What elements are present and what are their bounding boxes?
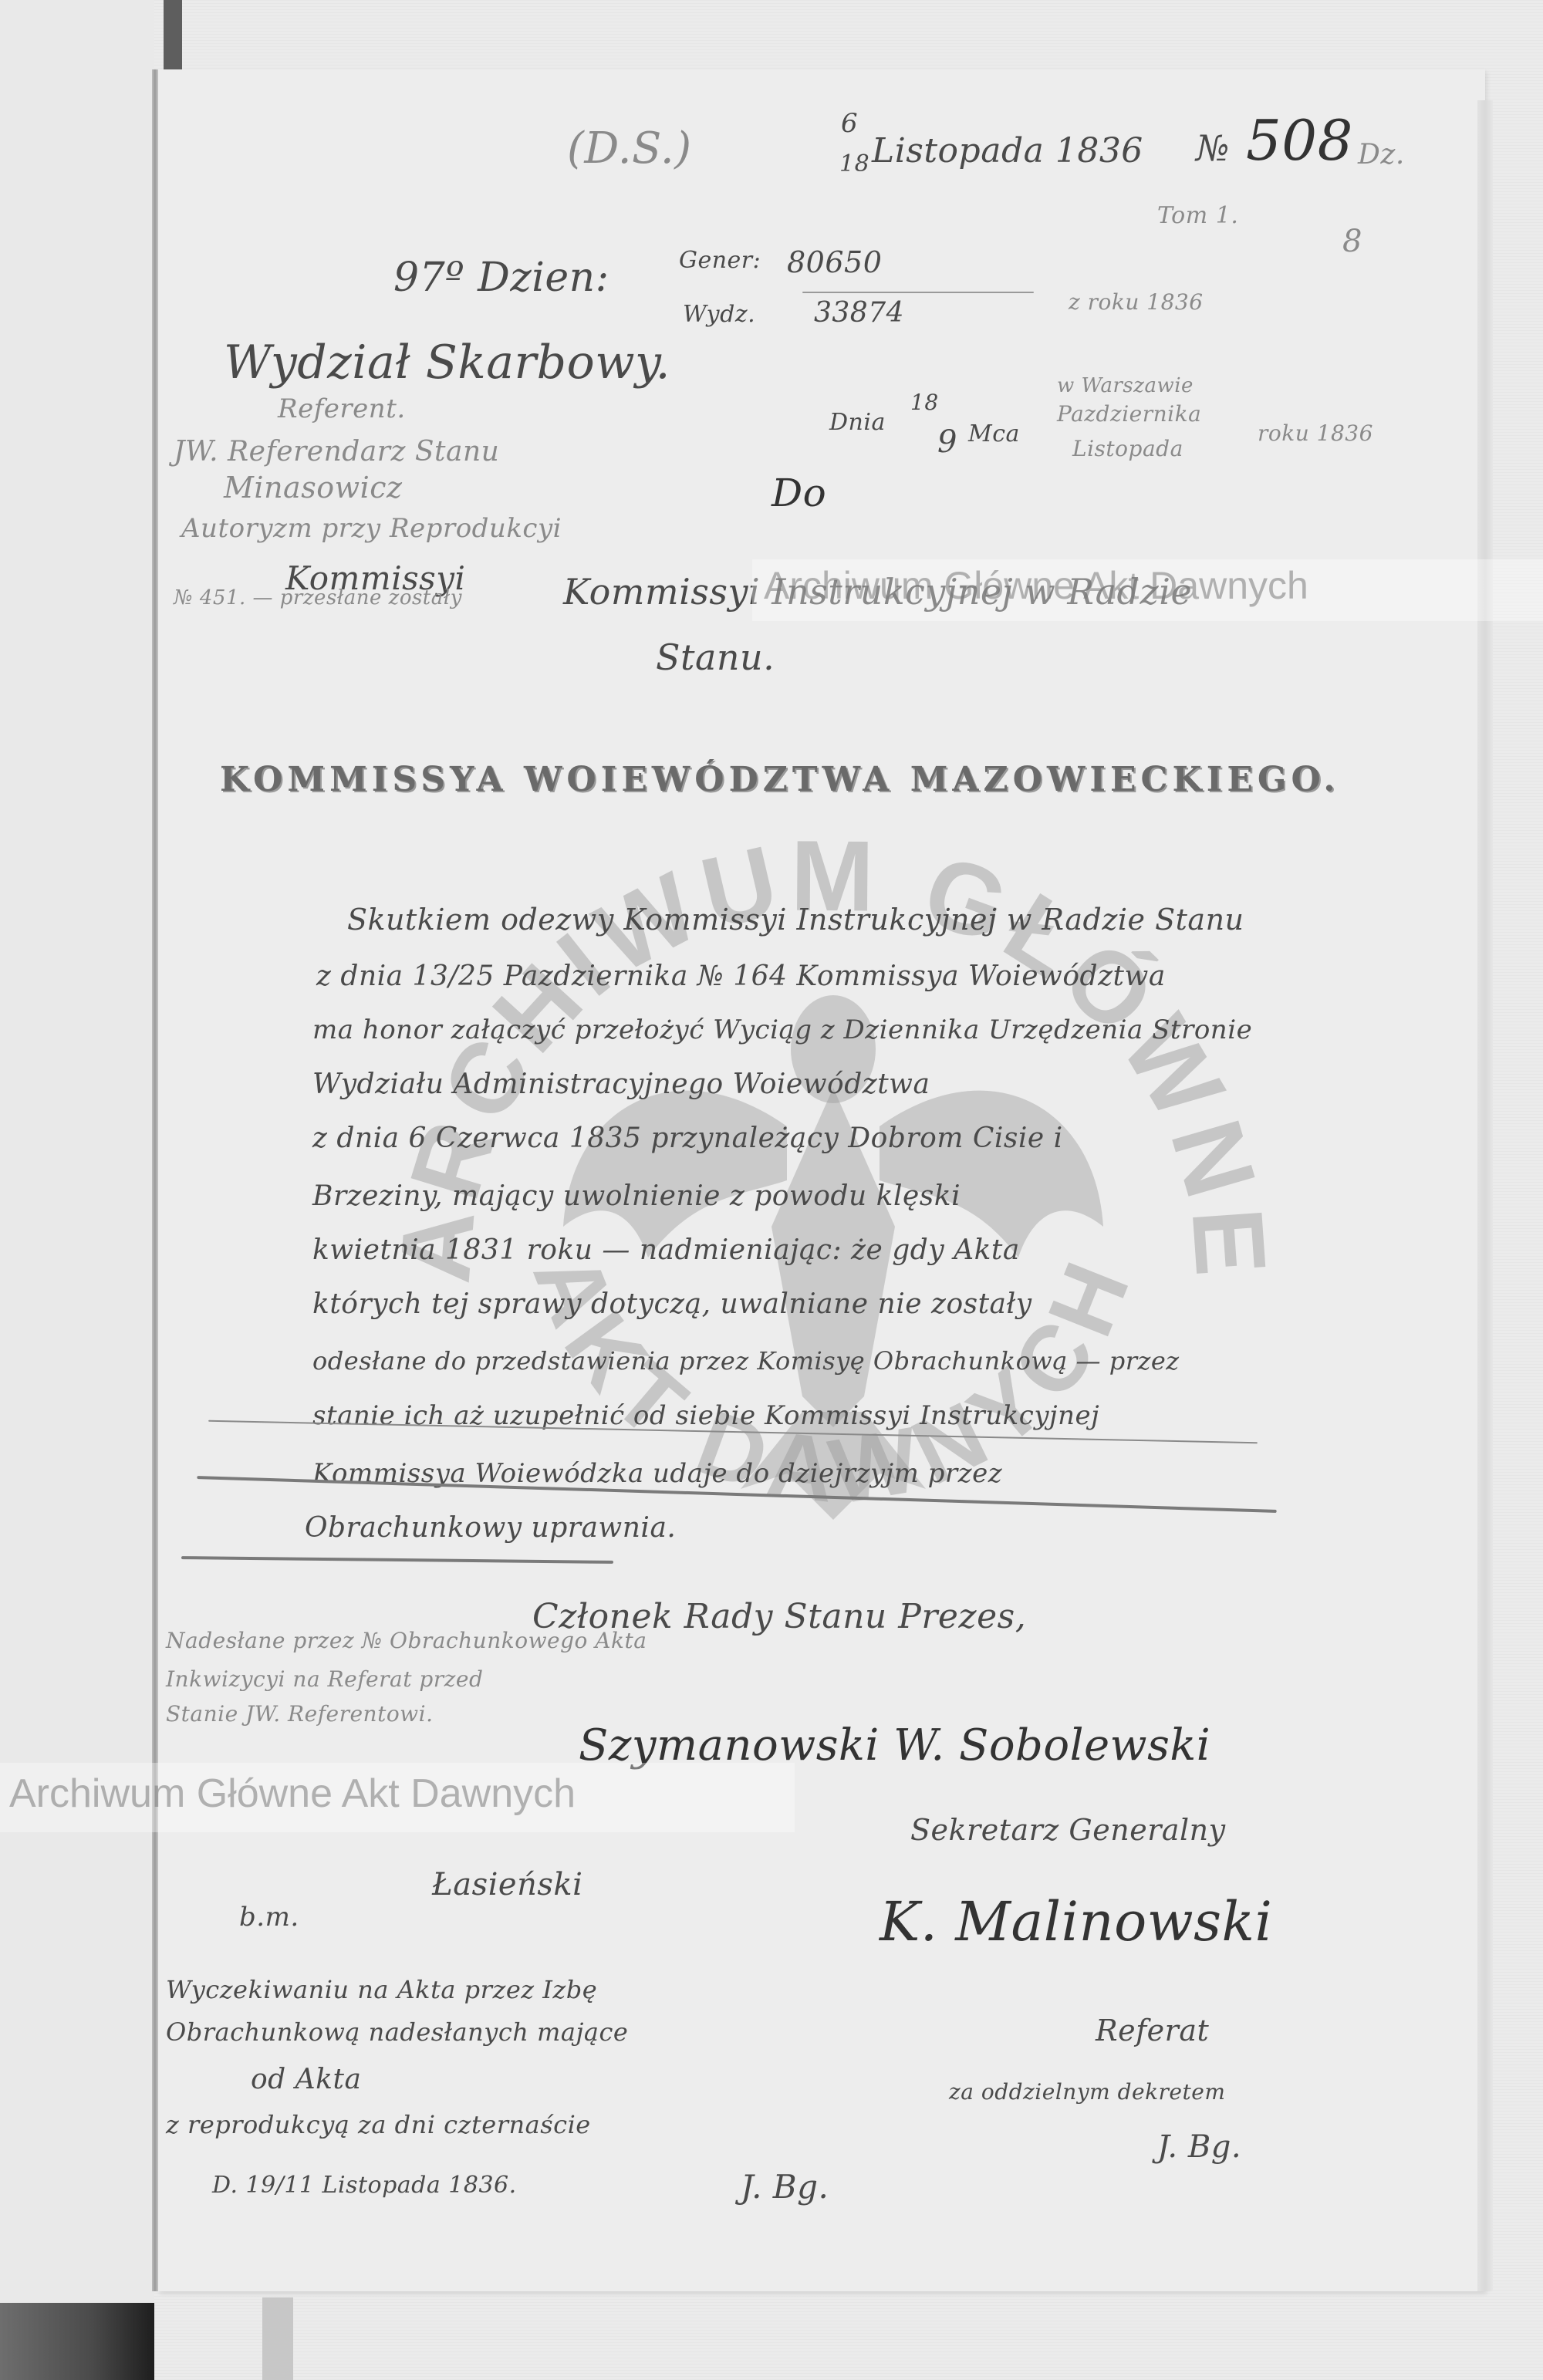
margin-number: № 451. — przesłane zostały bbox=[174, 586, 462, 609]
left-note-line: Nadesłane przez № Obrachunkowego Akta bbox=[166, 1628, 647, 1653]
page-number: 8 bbox=[1342, 224, 1362, 259]
referat-initials: J. Bg. bbox=[1157, 2129, 1241, 2165]
body-line: stanie ich aż uzupełnić od siebie Kommis… bbox=[312, 1400, 1099, 1431]
document-number: 508 bbox=[1246, 108, 1353, 173]
body-line: odesłane do przedstawienia przez Komisyę… bbox=[312, 1346, 1180, 1376]
watermark-banner: Archiwum Główne Akt Dawnych bbox=[764, 563, 1308, 608]
body-line: Brzeziny, mający uwolnienie z powodu klę… bbox=[312, 1180, 961, 1212]
left-note2-line: Obrachunkową nadesłanych mające bbox=[166, 2017, 628, 2047]
binding-edge bbox=[152, 69, 158, 2291]
referent-label: Referent. bbox=[278, 393, 406, 424]
body-line: z dnia 6 Czerwca 1835 przynależący Dobro… bbox=[312, 1122, 1063, 1154]
referat-note: za oddzielnym dekretem bbox=[949, 2079, 1225, 2105]
date-year: roku 1836 bbox=[1258, 420, 1373, 446]
header-suffix: Dz. bbox=[1358, 139, 1405, 170]
month-top: Pazdziernika bbox=[1057, 401, 1201, 427]
register-year: z roku 1836 bbox=[1069, 289, 1204, 315]
binding-shadow bbox=[0, 2303, 154, 2380]
left-note-line: Stanie JW. Referentowi. bbox=[166, 1701, 434, 1727]
body-line: z dnia 13/25 Pazdziernika № 164 Kommissy… bbox=[316, 960, 1166, 992]
bm-label: b.m. bbox=[239, 1902, 299, 1933]
tom-label: Tom 1. bbox=[1157, 202, 1238, 229]
left-note2-line: z reprodukcyą za dni czternaście bbox=[166, 2110, 591, 2139]
wydz-value: 33874 bbox=[814, 297, 904, 329]
header-day-top: 6 bbox=[841, 108, 858, 139]
body-line: Skutkiem odezwy Kommissyi Instrukcyjnej … bbox=[347, 903, 1244, 937]
mca-label: Mca bbox=[968, 420, 1020, 447]
left-note2-line: od Akta bbox=[251, 2064, 361, 2095]
gener-value: 80650 bbox=[787, 245, 882, 279]
secretary-title: Sekretarz Generalny bbox=[910, 1813, 1226, 1847]
dnia-label: Dnia bbox=[829, 409, 886, 436]
left-note2-line: Wyczekiwaniu na Akta przez Izbę bbox=[166, 1975, 597, 2004]
body-line: Obrachunkowy uprawnia. bbox=[305, 1512, 676, 1544]
referent-surname: Minasowicz bbox=[224, 471, 403, 505]
previous-page-leaf bbox=[0, 0, 154, 2303]
bottom-strip bbox=[262, 2297, 293, 2380]
body-line: ma honor załączyć przełożyć Wyciąg z Dzi… bbox=[312, 1014, 1252, 1045]
referent-name: JW. Referendarz Stanu bbox=[174, 436, 499, 468]
date-day-top: 18 bbox=[910, 390, 939, 415]
watermark-banner: Archiwum Główne Akt Dawnych bbox=[9, 1771, 576, 1817]
binding-tab bbox=[164, 0, 182, 69]
register-divider bbox=[802, 292, 1034, 293]
body-line: Wydziału Administracyjnego Woiewództwa bbox=[312, 1068, 930, 1100]
left-signature: Łasieński bbox=[432, 1867, 582, 1902]
closing-date: D. 19/11 Listopada 1836. bbox=[212, 2172, 517, 2199]
place-label: w Warszawie bbox=[1057, 374, 1194, 397]
wydzial-label: Wydział Skarbowy. bbox=[224, 336, 670, 390]
day-label: 97º Dzien: bbox=[393, 255, 609, 301]
closing-initials: J. Bg. bbox=[741, 2168, 829, 2206]
body-line: których tej sprawy dotyczą, uwalniane ni… bbox=[312, 1288, 1032, 1320]
header-prefix: (D.S.) bbox=[567, 123, 692, 174]
referat-label: Referat bbox=[1096, 2014, 1209, 2047]
date-day-bottom: 9 bbox=[937, 424, 957, 460]
header-day-bottom: 18 bbox=[839, 150, 869, 177]
printed-title: KOMMISSYA WOIEWÓDZTWA MAZOWIECKIEGO. bbox=[220, 760, 1439, 799]
body-line: kwietnia 1831 roku — nadmieniając: że gd… bbox=[312, 1234, 1020, 1266]
header-date: Listopada 1836 bbox=[872, 131, 1143, 170]
left-note-line: Inkwizycyi na Referat przed bbox=[166, 1666, 483, 1692]
gener-label: Gener: bbox=[679, 247, 761, 274]
aktor-note: Autoryzm przy Reprodukcyi bbox=[181, 513, 562, 544]
wydz-label: Wydz. bbox=[683, 301, 755, 328]
do-label: Do bbox=[771, 471, 826, 515]
header-number-label: № bbox=[1196, 127, 1230, 169]
month-bottom: Listopada bbox=[1072, 436, 1183, 461]
secretary-signature: K. Malinowski bbox=[880, 1890, 1272, 1953]
addressee-line2: Stanu. bbox=[656, 636, 775, 678]
sheet-right-edge bbox=[1477, 100, 1493, 2291]
